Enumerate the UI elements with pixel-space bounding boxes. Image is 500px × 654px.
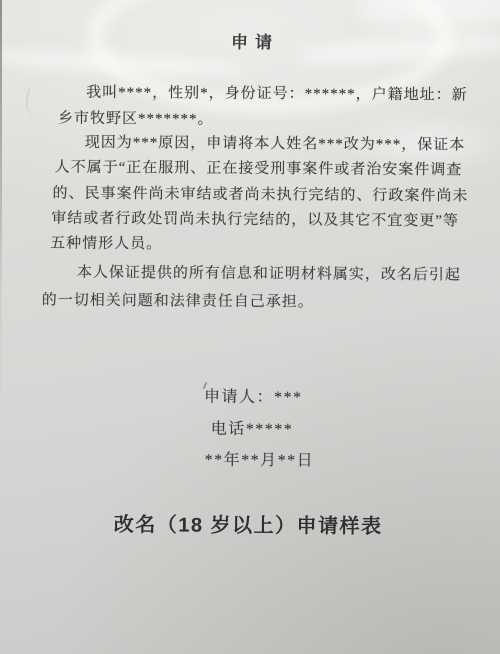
body-line: 本人保证提供的所有信息和证明材料属实，改名后引起 <box>77 261 461 285</box>
body-line: 的一切相关问题和法律责任自己承担。 <box>42 289 314 312</box>
document-title: 申请 <box>1 26 500 54</box>
body-line: 人不属于“正在服刑、正在接受刑事案件或者治安案件调查 <box>55 156 463 180</box>
sample-form-caption: 改名（18 岁以上）申请样表 <box>0 507 498 539</box>
body-line: 我叫****，性别*，身份证号：******，户籍地址：新 <box>86 81 468 105</box>
document-text-layer: 申请 我叫****，性别*，身份证号：******，户籍地址：新 乡市牧野区**… <box>0 0 500 654</box>
body-line: 审结或者行政处罚尚未执行完结的，以及其它不宜变更”等 <box>51 207 459 231</box>
signature-date: **年**月**日 <box>205 447 315 471</box>
signature-applicant: 申请人：*** <box>204 384 303 408</box>
body-line: 的、民事案件尚未审结或者尚未执行完结的、行政案件尚未 <box>52 182 468 206</box>
body-line: 五种情形人员。 <box>50 232 162 254</box>
body-line: 乡市牧野区*******。 <box>58 107 214 129</box>
body-line: 现因为***原因，申请将本人姓名***改为***，保证本 <box>85 131 466 155</box>
signature-phone: 电话***** <box>211 416 294 440</box>
photo-of-document: 申请 我叫****，性别*，身份证号：******，户籍地址：新 乡市牧野区**… <box>0 0 500 654</box>
